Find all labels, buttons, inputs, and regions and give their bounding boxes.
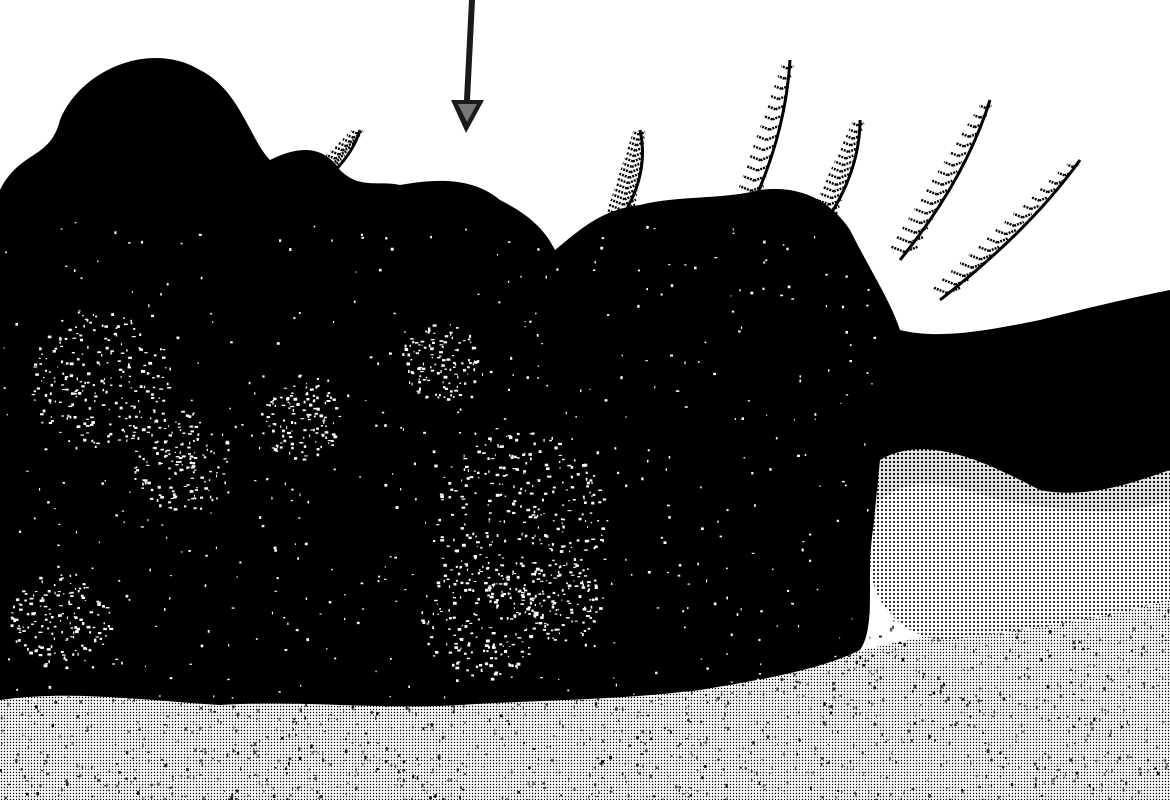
halftone-photograph: [0, 0, 1170, 800]
